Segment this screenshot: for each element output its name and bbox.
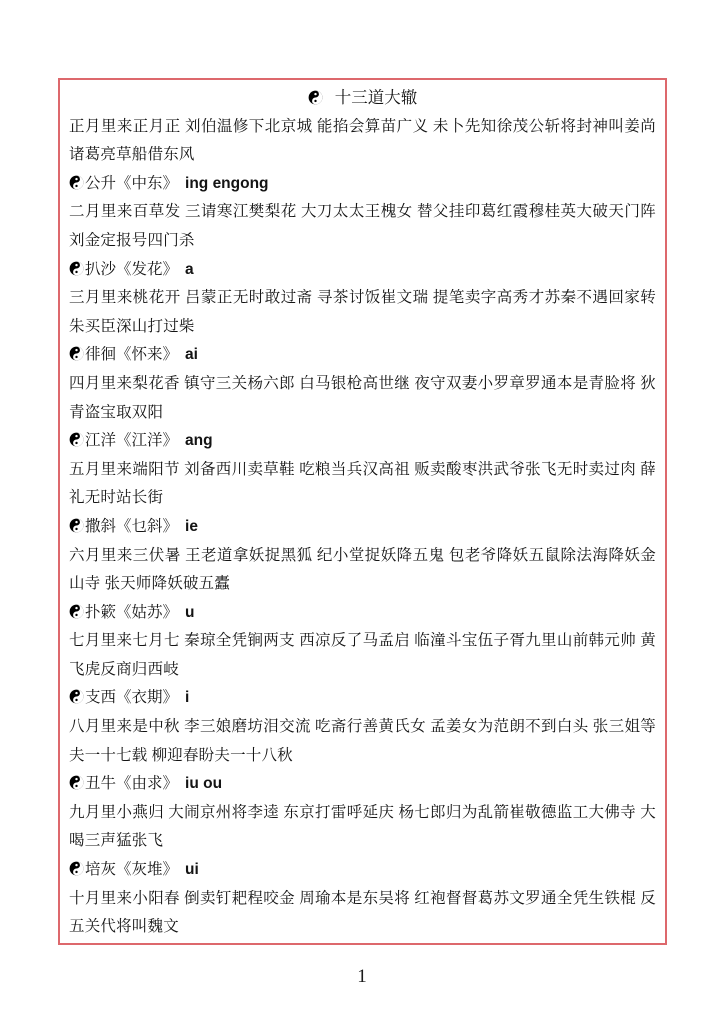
rhyme-name: 扒沙《发花》 [85, 261, 178, 278]
rhyme-line: 公升《中东》ing engong [69, 170, 656, 199]
page-title: 十三道大辙 [69, 84, 656, 113]
rhyme-line: 徘徊《怀来》ai [69, 341, 656, 370]
rhyme-name: 徘徊《怀来》 [85, 346, 178, 363]
document-page: { "page": { "title": "十三道大辙", "page_numb… [0, 0, 724, 1024]
yinyang-icon [69, 175, 84, 190]
page-number: 1 [0, 966, 724, 988]
verse-paragraph: 四月里来梨花香 镇守三关杨六郎 白马银枪高世继 夜守双妻小罗章罗通本是青脸将 狄… [69, 370, 656, 427]
yinyang-icon [69, 518, 84, 533]
title-text: 十三道大辙 [335, 88, 418, 107]
rhyme-line: 江洋《江洋》ang [69, 427, 656, 456]
yinyang-icon [69, 604, 84, 619]
yinyang-icon [69, 346, 84, 361]
rhyme-name: 培灰《灰堆》 [85, 861, 178, 878]
rhyme-line: 支西《衣期》i [69, 684, 656, 713]
red-border-frame: 十三道大辙 正月里来正月正 刘伯温修下北京城 能掐会算苗广义 未卜先知徐茂公斩将… [58, 78, 667, 945]
rhyme-pinyin: ai [185, 346, 198, 363]
rhyme-name: 扑簌《姑苏》 [85, 604, 178, 621]
verse-paragraph: 五月里来端阳节 刘备西川卖草鞋 吃粮当兵汉高祖 贩卖酸枣洪武爷张飞无时卖过肉 薛… [69, 456, 656, 513]
rhyme-pinyin: u [185, 604, 194, 621]
rhyme-pinyin: ui [185, 861, 199, 878]
verse-paragraph: 九月里小燕归 大闹京州将李逵 东京打雷呼延庆 杨七郎归为乱箭崔敬德监工大佛寺 大… [69, 799, 656, 856]
rhyme-name: 江洋《江洋》 [85, 432, 178, 449]
rhyme-line: 丑牛《由求》iu ou [69, 770, 656, 799]
verse-paragraph: 七月里来七月七 秦琼全凭锏两支 西凉反了马孟启 临潼斗宝伍子胥九里山前韩元帅 黄… [69, 627, 656, 684]
rhyme-name: 支西《衣期》 [85, 689, 178, 706]
rhyme-pinyin: a [185, 261, 194, 278]
yinyang-icon [69, 689, 84, 704]
rhyme-pinyin: iu ou [185, 775, 222, 792]
rhyme-line: 撒斜《乜斜》ie [69, 513, 656, 542]
rhyme-pinyin: ang [185, 432, 213, 449]
verse-paragraph: 十月里来小阳春 倒卖钉耙程咬金 周瑜本是东吴将 红袍督督葛苏文罗通全凭生铁棍 反… [69, 885, 656, 942]
yinyang-icon [69, 775, 84, 790]
rhyme-pinyin: ie [185, 518, 198, 535]
rhyme-pinyin: i [185, 689, 189, 706]
rhyme-line: 培灰《灰堆》ui [69, 856, 656, 885]
verse-paragraph: 二月里来百草发 三请寒江樊梨花 大刀太太王槐女 替父挂印葛红霞穆桂英大破天门阵 … [69, 198, 656, 255]
verse-paragraph: 三月里来桃花开 吕蒙正无时敢过斋 寻茶讨饭崔文瑞 提笔卖字高秀才苏秦不遇回家转 … [69, 284, 656, 341]
rhyme-line: 扑簌《姑苏》u [69, 599, 656, 628]
verse-paragraph: 八月里来是中秋 李三娘磨坊泪交流 吃斋行善黄氏女 孟姜女为范朗不到白头 张三姐等… [69, 713, 656, 770]
yinyang-icon [308, 90, 323, 105]
yinyang-icon [69, 861, 84, 876]
verse-paragraph: 正月里来正月正 刘伯温修下北京城 能掐会算苗广义 未卜先知徐茂公斩将封神叫姜尚 … [69, 113, 656, 170]
rhyme-name: 丑牛《由求》 [85, 775, 178, 792]
rhyme-pinyin: ing engong [185, 175, 269, 192]
rhyme-name: 公升《中东》 [85, 175, 178, 192]
yinyang-icon [69, 261, 84, 276]
yinyang-icon [69, 432, 84, 447]
rhyme-name: 撒斜《乜斜》 [85, 518, 178, 535]
verse-paragraph: 六月里来三伏暑 王老道拿妖捉黑狐 纪小堂捉妖降五鬼 包老爷降妖五鼠除法海降妖金山… [69, 542, 656, 599]
rhyme-line: 扒沙《发花》a [69, 256, 656, 285]
